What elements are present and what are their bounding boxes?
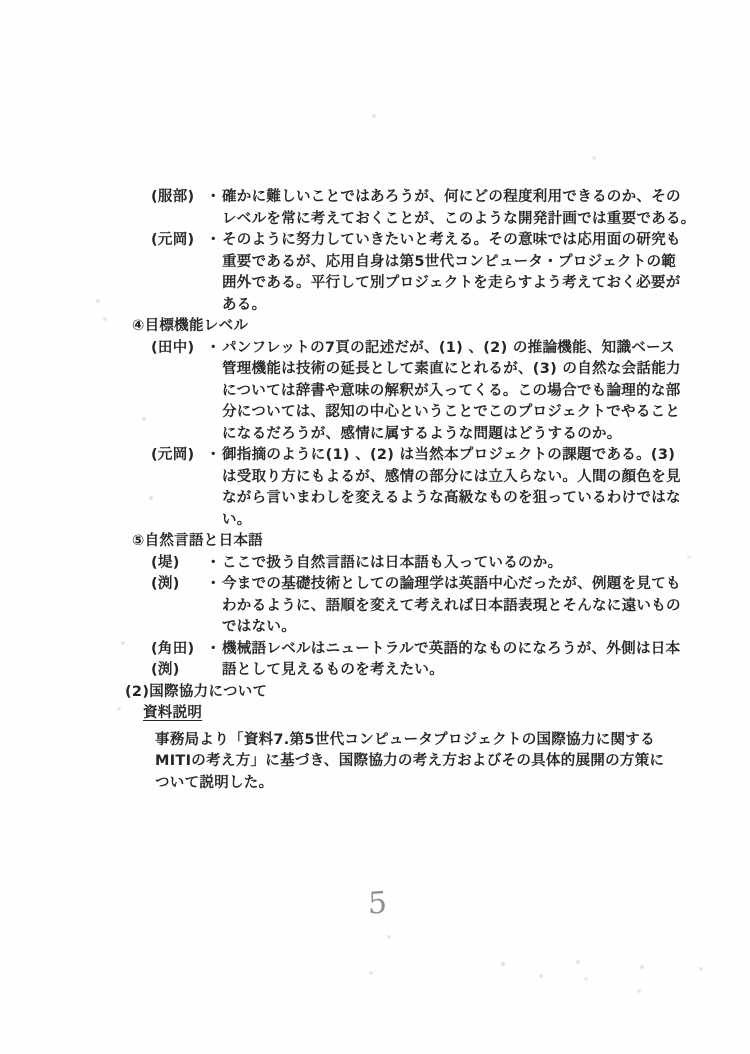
document-body: (服部)・確かに難しいことではあろうが、何にどの程度利用できるのか、そのレベルを… bbox=[0, 187, 750, 794]
heading-text: (2)国際協力について bbox=[125, 684, 267, 700]
speaker-label: (堤) bbox=[151, 553, 180, 575]
speaker-label: (元岡) bbox=[151, 445, 194, 467]
text-line: 今までの基礎技術としての論理学は英語中心だったが、例題を見ても bbox=[222, 574, 750, 596]
text-line: は受取り方にもよるが、感情の部分には立入らない。人間の顔色を見 bbox=[222, 467, 750, 489]
bullet-dot: ・ bbox=[206, 230, 221, 252]
bullet-dot: ・ bbox=[206, 639, 221, 661]
text-line: い。 bbox=[222, 510, 750, 532]
paragraph-block: 事務局より「資料7.第5世代コンピュータプロジェクトの国際協力に関するMITIの… bbox=[0, 730, 750, 795]
speaker-label: (角田) bbox=[151, 639, 194, 661]
speaker-label: (渕) bbox=[151, 660, 180, 682]
text-line: わかるように、語順を変えて考えれば日本語表現とそんなに遠いもの bbox=[222, 596, 750, 618]
bullet-dot: ・ bbox=[206, 574, 221, 596]
heading-text: ④目標機能レベル bbox=[132, 318, 248, 334]
speech-block: (田中)・パンフレットの7頁の記述だが、(1) 、(2) の推論機能、知識ベース… bbox=[0, 338, 750, 446]
text-line: になるだろうが、感情に属するような問題はどうするのか。 bbox=[222, 424, 750, 446]
text-line: 事務局より「資料7.第5世代コンピュータプロジェクトの国際協力に関する bbox=[155, 730, 750, 752]
bullet-dot: ・ bbox=[206, 187, 221, 209]
speaker-label: (田中) bbox=[151, 338, 194, 360]
page-number: 5 bbox=[368, 885, 387, 921]
text-line: 囲外である。平行して別プロジェクトを走らすよう考えておく必要が bbox=[222, 273, 750, 295]
bullet-dot: ・ bbox=[206, 553, 221, 575]
speech-block: (渕)・今までの基礎技術としての論理学は英語中心だったが、例題を見てもわかるよう… bbox=[0, 574, 750, 639]
text-line: 分については、認知の中心ということでこのプロジェクトでやること bbox=[222, 402, 750, 424]
text-line: 管理機能は技術の延長として素直にとれるが、(3) の自然な会話能力 bbox=[222, 359, 750, 381]
text-line: そのように努力していきたいと考える。その意味では応用面の研究も bbox=[222, 230, 750, 252]
text-line: ある。 bbox=[222, 295, 750, 317]
speech-block: (堤)・ここで扱う自然言語には日本語も入っているのか。 bbox=[0, 553, 750, 575]
speech-block: (元岡)・御指摘のように(1) 、(2) は当然本プロジェクトの課題である。(3… bbox=[0, 445, 750, 531]
text-line: 機械語レベルはニュートラルで英語的なものになろうが、外側は日本 bbox=[222, 639, 750, 661]
speech-block: (服部)・確かに難しいことではあろうが、何にどの程度利用できるのか、そのレベルを… bbox=[0, 187, 750, 230]
heading-text: ⑤自然言語と日本語 bbox=[132, 533, 263, 549]
speaker-label: (渕) bbox=[151, 574, 180, 596]
text-line: については辞書や意味の解釈が入ってくる。この場合でも論理的な部 bbox=[222, 381, 750, 403]
text-line: ついて説明した。 bbox=[155, 773, 750, 795]
text-line: パンフレットの7頁の記述だが、(1) 、(2) の推論機能、知識ベース bbox=[222, 338, 750, 360]
section-block: ⑤自然言語と日本語 bbox=[0, 531, 750, 553]
section-block: ④目標機能レベル bbox=[0, 316, 750, 338]
document-page: (服部)・確かに難しいことではあろうが、何にどの程度利用できるのか、そのレベルを… bbox=[0, 0, 750, 1054]
speaker-label: (服部) bbox=[151, 187, 194, 209]
text-line: 確かに難しいことではあろうが、何にどの程度利用できるのか、その bbox=[222, 187, 750, 209]
text-line: 重要であるが、応用自身は第5世代コンピュータ・プロジェクトの範 bbox=[222, 252, 750, 274]
text-line: 語として見えるものを考えたい。 bbox=[222, 660, 750, 682]
bullet-dot: ・ bbox=[206, 338, 221, 360]
text-line: ながら言いまわしを変えるような高級なものを狙っているわけではな bbox=[222, 488, 750, 510]
text-line: レベルを常に考えておくことが、このような開発計画では重要である。 bbox=[222, 209, 750, 231]
topic-block: (2)国際協力について bbox=[0, 682, 750, 704]
scan-noise bbox=[0, 0, 2, 2]
speech-block: (渕)語として見えるものを考えたい。 bbox=[0, 660, 750, 682]
heading-text: 資料説明 bbox=[143, 705, 202, 721]
text-line: ここで扱う自然言語には日本語も入っているのか。 bbox=[222, 553, 750, 575]
text-line: 御指摘のように(1) 、(2) は当然本プロジェクトの課題である。(3) bbox=[222, 445, 750, 467]
text-line: MITIの考え方」に基づき、国際協力の考え方およびその具体的展開の方策に bbox=[155, 751, 750, 773]
text-line: ではない。 bbox=[222, 617, 750, 639]
speaker-label: (元岡) bbox=[151, 230, 194, 252]
speech-block: (角田)・機械語レベルはニュートラルで英語的なものになろうが、外側は日本 bbox=[0, 639, 750, 661]
bullet-dot: ・ bbox=[206, 445, 221, 467]
speech-block: (元岡)・そのように努力していきたいと考える。その意味では応用面の研究も重要であ… bbox=[0, 230, 750, 316]
label-block: 資料説明 bbox=[0, 703, 750, 725]
